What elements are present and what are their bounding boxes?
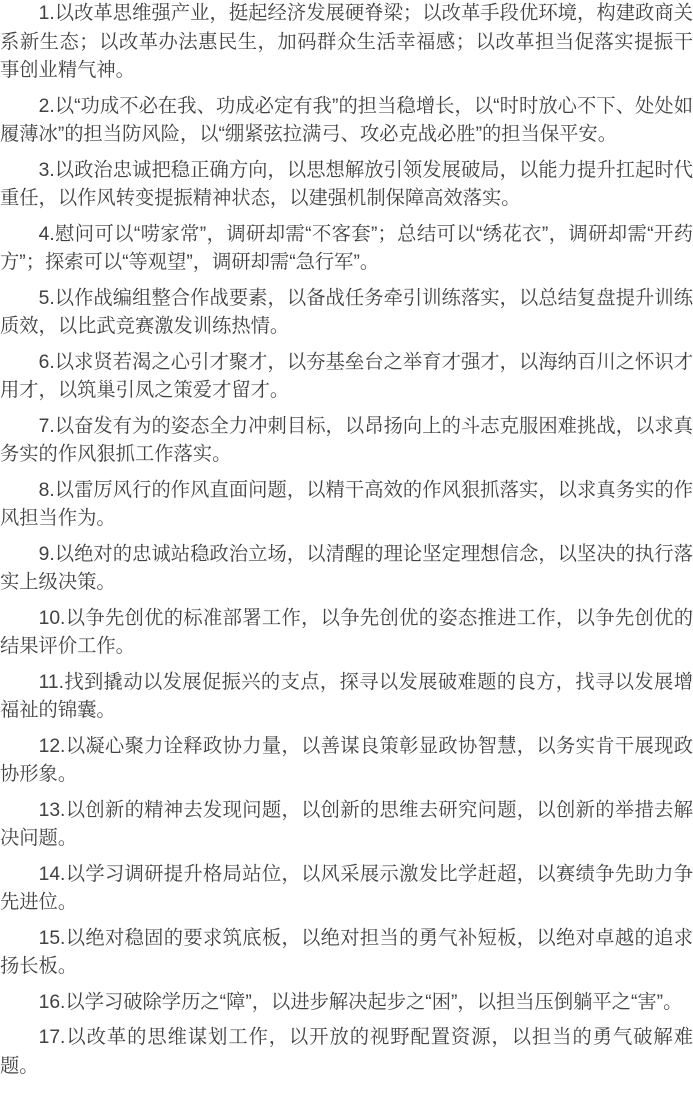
document-page: 1.以改革思维强产业，挺起经济发展硬脊梁；以改革手段优环境，构建政商关系新生态；… bbox=[0, 0, 693, 1097]
paragraph-11: 11.找到撬动以发展促振兴的支点，探寻以发展破难题的良方，找寻以发展增福祉的锦囊… bbox=[0, 669, 693, 726]
paragraph-10: 10.以争先创优的标准部署工作，以争先创优的姿态推进工作，以争先创优的结果评价工… bbox=[0, 605, 693, 662]
paragraph-16: 16.以学习破除学历之“障”，以进步解决起步之“困”，以担当压倒躺平之“害”。 bbox=[0, 989, 693, 1018]
paragraph-3: 3.以政治忠诚把稳正确方向，以思想解放引领发展破局，以能力提升扛起时代重任，以作… bbox=[0, 157, 693, 214]
paragraph-13: 13.以创新的精神去发现问题，以创新的思维去研究问题，以创新的举措去解决问题。 bbox=[0, 797, 693, 854]
paragraph-14: 14.以学习调研提升格局站位，以风采展示激发比学赶超，以赛绩争先助力争先进位。 bbox=[0, 861, 693, 918]
paragraph-5: 5.以作战编组整合作战要素，以备战任务牵引训练落实，以总结复盘提升训练质效，以比… bbox=[0, 285, 693, 342]
paragraph-9: 9.以绝对的忠诚站稳政治立场，以清醒的理论坚定理想信念，以坚决的执行落实上级决策… bbox=[0, 541, 693, 598]
paragraph-4: 4.慰问可以“唠家常”，调研却需“不客套”；总结可以“绣花衣”，调研却需“开药方… bbox=[0, 221, 693, 278]
paragraph-12: 12.以凝心聚力诠释政协力量，以善谋良策彰显政协智慧，以务实肯干展现政协形象。 bbox=[0, 733, 693, 790]
paragraph-2: 2.以“功成不必在我、功成必定有我”的担当稳增长，以“时时放心不下、处处如履薄冰… bbox=[0, 93, 693, 150]
paragraph-8: 8.以雷厉风行的作风直面问题，以精干高效的作风狠抓落实，以求真务实的作风担当作为… bbox=[0, 477, 693, 534]
paragraph-1: 1.以改革思维强产业，挺起经济发展硬脊梁；以改革手段优环境，构建政商关系新生态；… bbox=[0, 0, 693, 86]
paragraph-7: 7.以奋发有为的姿态全力冲刺目标，以昂扬向上的斗志克服困难挑战，以求真务实的作风… bbox=[0, 413, 693, 470]
paragraph-15: 15.以绝对稳固的要求筑底板，以绝对担当的勇气补短板，以绝对卓越的追求扬长板。 bbox=[0, 925, 693, 982]
paragraph-6: 6.以求贤若渴之心引才聚才，以夯基垒台之举育才强才，以海纳百川之怀识才用才，以筑… bbox=[0, 349, 693, 406]
paragraph-17: 17.以改革的思维谋划工作，以开放的视野配置资源，以担当的勇气破解难题。 bbox=[0, 1024, 693, 1081]
